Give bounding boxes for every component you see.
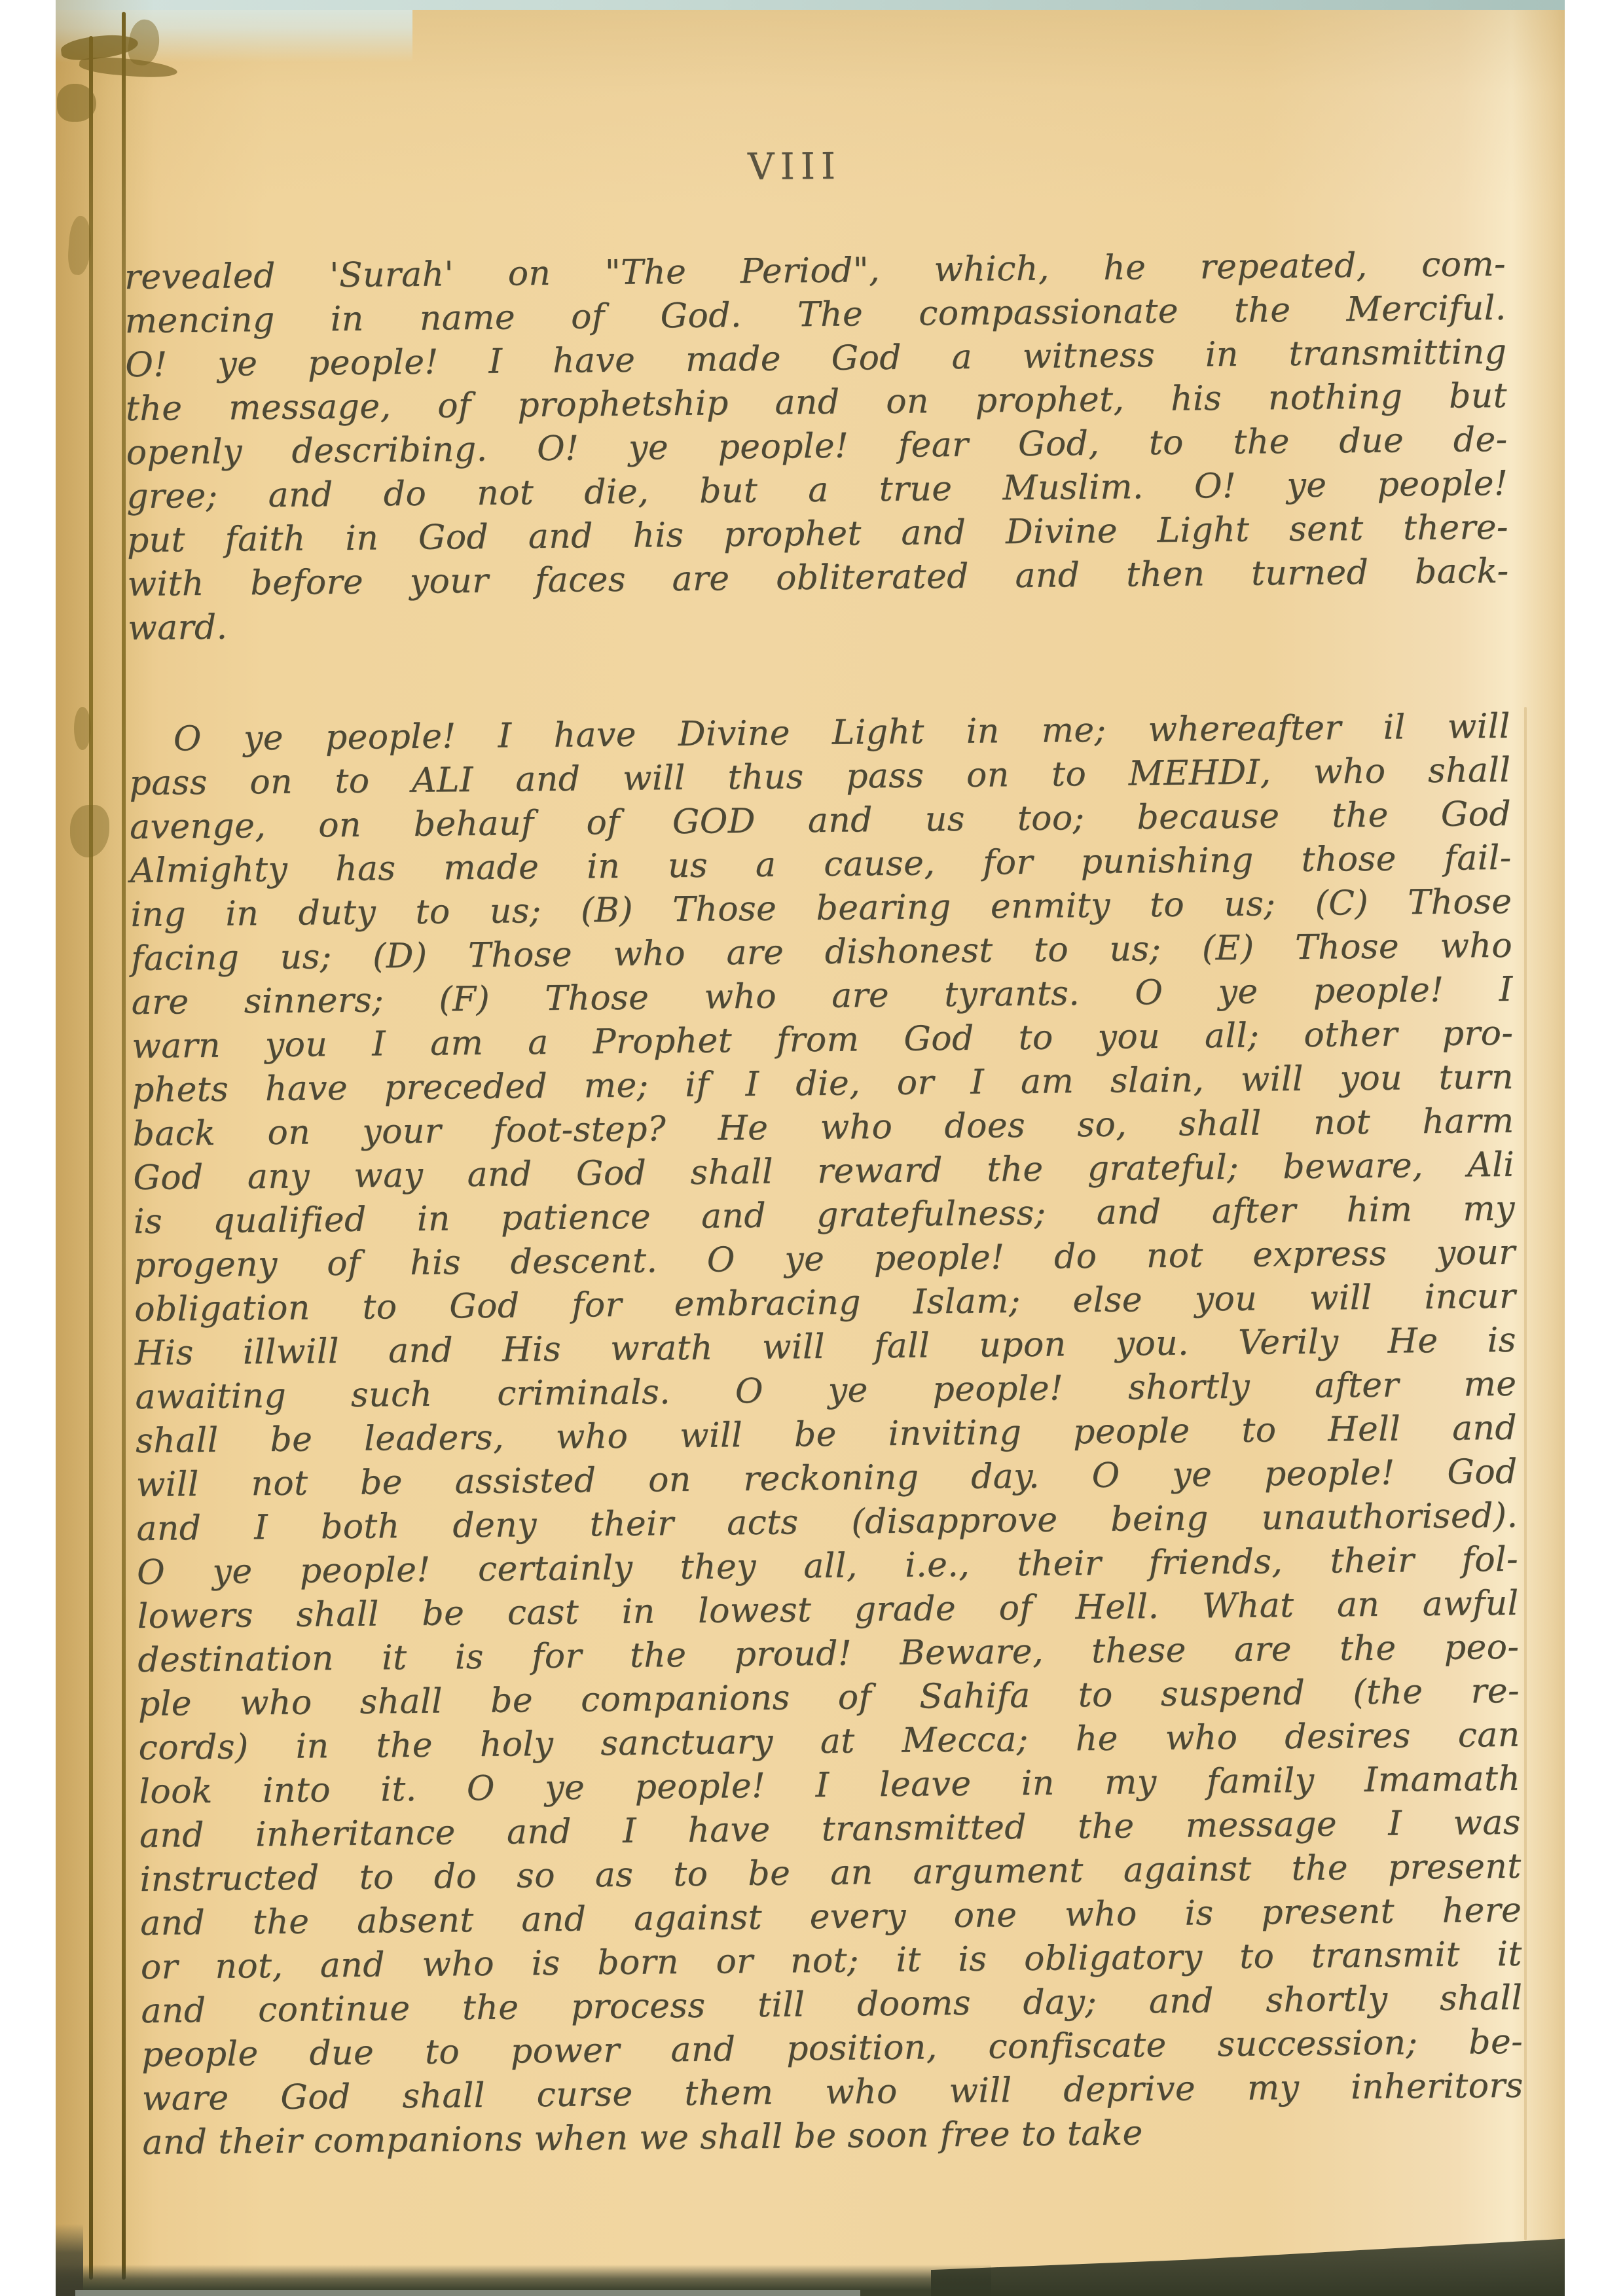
page-text: VIII revealed 'Surah' on "The Period", w… bbox=[123, 139, 1523, 2165]
paragraph: O ye people! I have Divine Light in me; … bbox=[129, 705, 1524, 2165]
book-page: VIII revealed 'Surah' on "The Period", w… bbox=[56, 0, 1565, 2296]
ink-blotch bbox=[57, 84, 96, 122]
bottom-edge-strip bbox=[75, 2290, 860, 2296]
scanned-document: { "document": { "page_number_heading": "… bbox=[0, 0, 1623, 2296]
page-crease-line bbox=[1524, 707, 1527, 2240]
bottom-scan-shadow bbox=[931, 2234, 1565, 2296]
page-edge-line bbox=[89, 36, 93, 2280]
ink-blotch bbox=[74, 707, 91, 750]
bottom-corner-shadow bbox=[56, 2224, 83, 2296]
page-number-roman: VIII bbox=[103, 139, 1486, 194]
scanner-background-strip bbox=[56, 0, 1565, 10]
paragraph: revealed 'Surah' on "The Period", which,… bbox=[124, 243, 1510, 651]
body-text: revealed 'Surah' on "The Period", which,… bbox=[124, 243, 1524, 2165]
